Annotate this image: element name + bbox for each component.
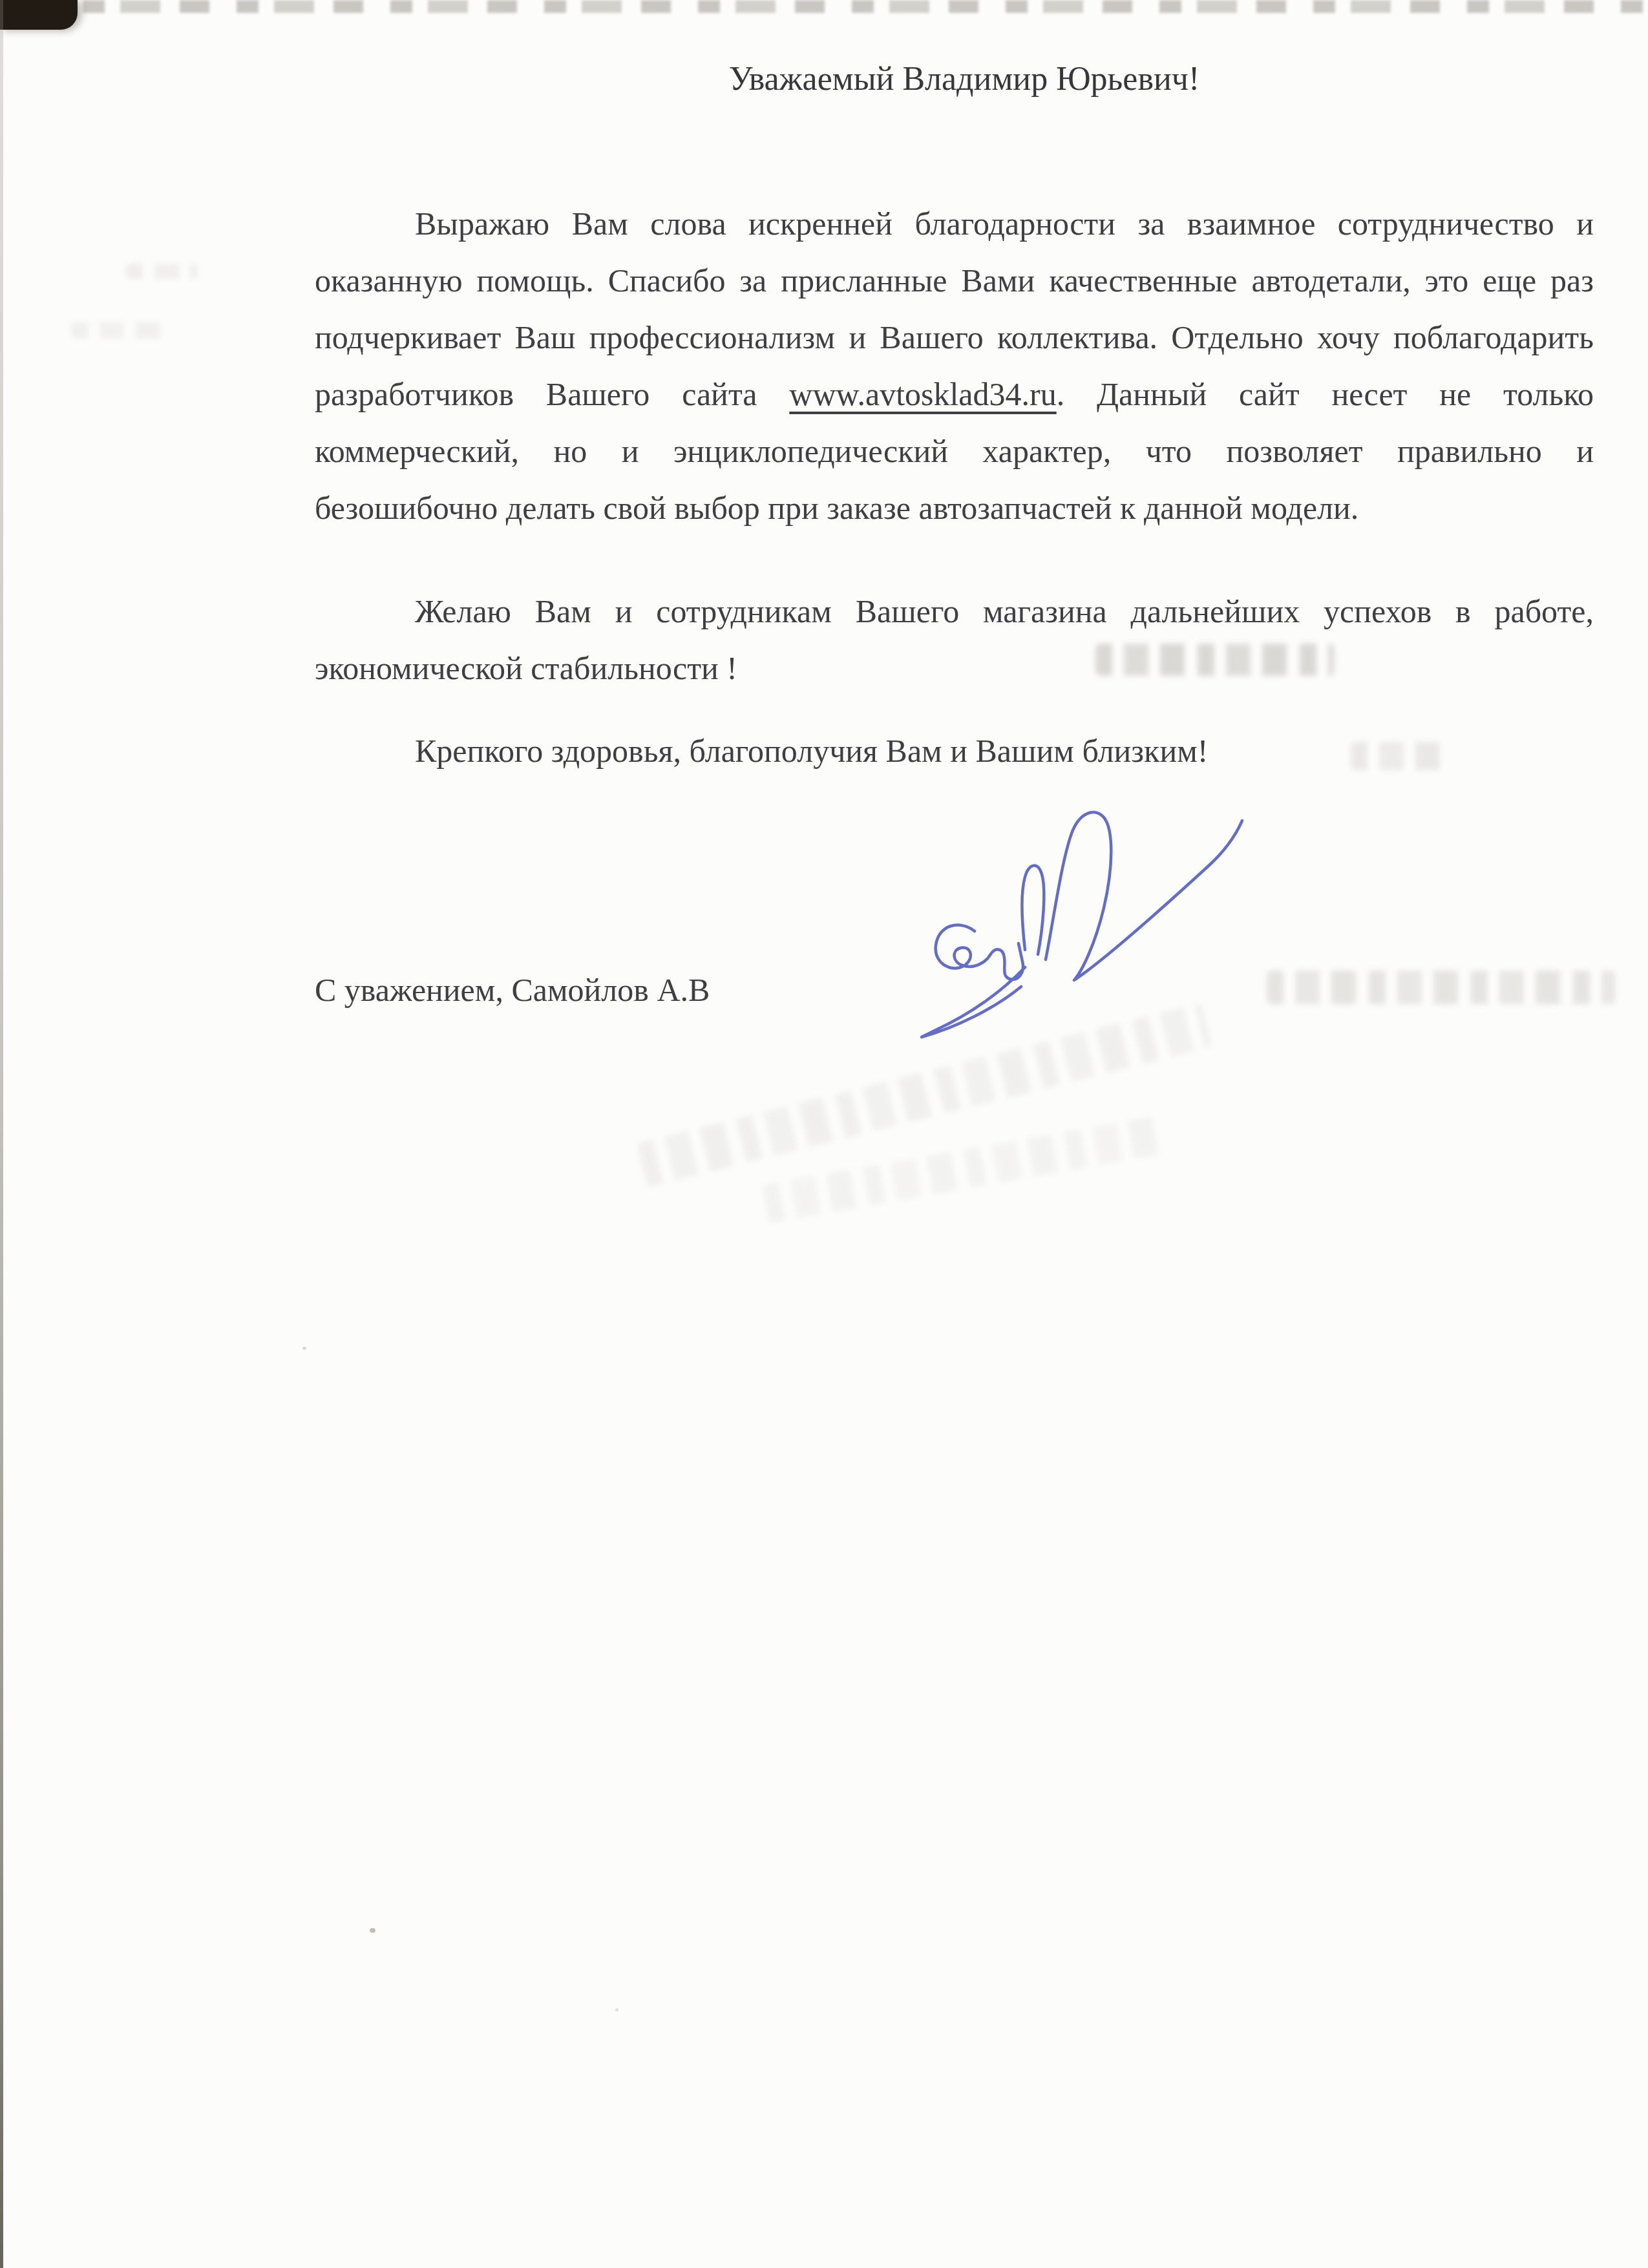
line4-text-after: . Данный сайт несет не только xyxy=(1057,376,1594,412)
scan-top-smudge-band xyxy=(83,0,1647,13)
letter-line: оказанную помощь. Спасибо за присланные … xyxy=(315,252,1594,309)
website-link: www.avtosklad34.ru xyxy=(789,376,1056,412)
paragraph-3: Крепкого здоровья, благополучия Вам и Ва… xyxy=(315,722,1594,779)
scan-speck xyxy=(370,1928,375,1933)
letter-line: коммерческий, но и энциклопедический хар… xyxy=(315,423,1594,479)
paragraph-1: Выражаю Вам слова искренней благодарност… xyxy=(315,195,1594,536)
letter-line: безошибочно делать свой выбор при заказе… xyxy=(315,479,1594,536)
scan-corner-artifact xyxy=(0,0,78,30)
paragraph-2: Желаю Вам и сотрудникам Вашего магазина … xyxy=(315,583,1594,697)
signature-letters xyxy=(936,925,1023,980)
signature-small-loop xyxy=(1022,866,1044,954)
letter-line: Выражаю Вам слова искренней благодарност… xyxy=(315,195,1594,252)
scan-speck xyxy=(615,2008,618,2011)
letter-line: Крепкого здоровья, благополучия Вам и Ва… xyxy=(315,722,1594,779)
ghost-smudge xyxy=(126,264,197,279)
scan-left-edge-line xyxy=(0,0,3,2268)
ghost-smudge xyxy=(71,322,162,339)
letter-line: экономической стабильности ! xyxy=(315,640,1594,697)
scanned-letter-page: Уважаемый Владимир Юрьевич! Выражаю Вам … xyxy=(0,0,1648,2268)
line4-text-before: разработчиков Вашего сайта xyxy=(315,376,757,412)
letter-line: разработчиков Вашего сайта www.avtosklad… xyxy=(315,366,1594,423)
signature-big-loop-flourish xyxy=(1046,812,1242,980)
handwritten-signature xyxy=(898,804,1286,1063)
letter-line: Желаю Вам и сотрудникам Вашего магазина … xyxy=(315,583,1594,640)
letter-salutation: Уважаемый Владимир Юрьевич! xyxy=(315,59,1594,100)
scan-speck xyxy=(302,1347,306,1350)
letter-line: подчеркивает Ваш профессионализм и Вашег… xyxy=(315,309,1594,366)
